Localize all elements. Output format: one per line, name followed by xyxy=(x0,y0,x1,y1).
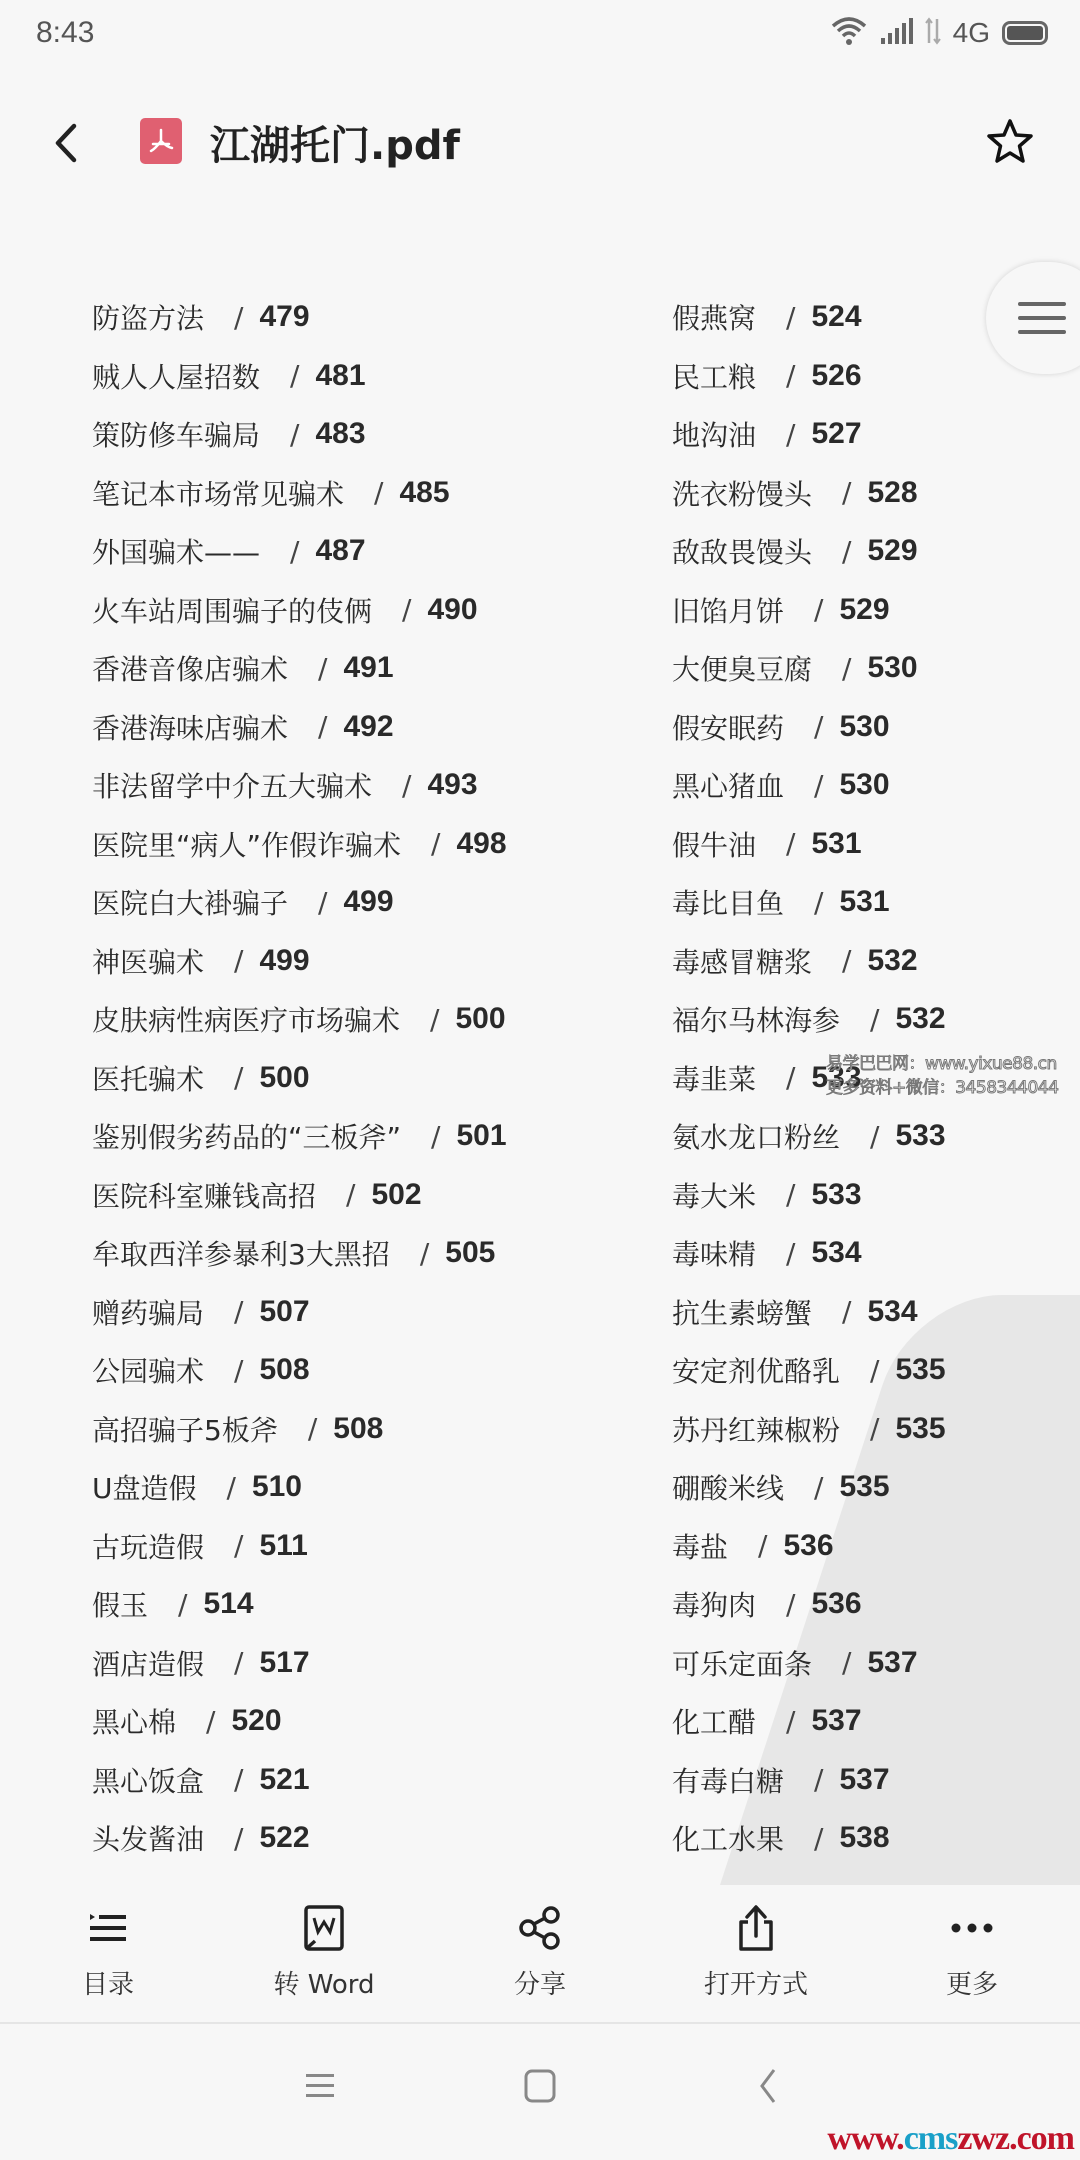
toolbar-label: 目录 xyxy=(82,1964,134,2001)
toc-separator: / xyxy=(234,1822,243,1855)
toc-title: U盘造假 xyxy=(92,1467,197,1507)
toc-page: 537 xyxy=(867,1646,917,1680)
toc-title: 假玉 xyxy=(92,1584,148,1624)
toc-title: 毒狗肉 xyxy=(672,1584,756,1624)
toc-item[interactable]: 医院科室赚钱高招/502 xyxy=(92,1166,507,1225)
signal-icon xyxy=(879,18,913,48)
toc-separator: / xyxy=(402,769,411,802)
toolbar-label: 转 Word xyxy=(273,1964,374,2001)
toc-title: 笔记本市场常见骗术 xyxy=(92,473,344,513)
toc-page: 538 xyxy=(839,1821,889,1855)
floating-outline-button[interactable] xyxy=(986,262,1080,374)
toc-page: 529 xyxy=(867,534,917,568)
toc-separator: / xyxy=(430,1003,439,1036)
toc-separator: / xyxy=(402,593,411,626)
toc-page: 499 xyxy=(343,885,393,919)
toc-item[interactable]: 鉴别假劣药品的“三板斧”/501 xyxy=(92,1107,507,1166)
toc-page: 535 xyxy=(895,1353,945,1387)
toc-page: 533 xyxy=(895,1119,945,1153)
toc-item[interactable]: 火车站周围骗子的伎俩/490 xyxy=(92,581,507,640)
toc-item[interactable]: 有毒白糖/537 xyxy=(672,1751,946,1810)
toc-separator: / xyxy=(308,1412,317,1445)
toc-title: 非法留学中介五大骗术 xyxy=(92,765,372,805)
toc-title: 医院白大褂骗子 xyxy=(92,882,288,922)
toc-title: 有毒白糖 xyxy=(672,1760,784,1800)
toc-title: 贼人人屋招数 xyxy=(92,356,260,396)
toc-separator: / xyxy=(234,1295,243,1328)
outline-list-icon xyxy=(88,1900,128,1956)
toc-item[interactable]: 毒盐/536 xyxy=(672,1517,946,1576)
toc-separator: / xyxy=(206,1705,215,1738)
status-time: 8:43 xyxy=(36,16,94,50)
toc-title: 医院科室赚钱高招 xyxy=(92,1175,316,1215)
toc-title: 火车站周围骗子的伎俩 xyxy=(92,590,372,630)
toc-title: 医院里“病人”作假诈骗术 xyxy=(92,824,401,864)
app-header: 江湖托门.pdf xyxy=(0,100,1080,184)
toc-separator: / xyxy=(786,301,795,334)
toc-page: 534 xyxy=(867,1295,917,1329)
toc-title: 洗衣粉馒头 xyxy=(672,473,812,513)
toc-item[interactable]: 地沟油/527 xyxy=(672,405,946,464)
toolbar-outline-button[interactable]: 目录 xyxy=(0,1900,216,2022)
menu-lines-icon xyxy=(1018,298,1066,338)
toolbar-label: 打开方式 xyxy=(704,1964,808,2001)
toc-separator: / xyxy=(870,1003,879,1036)
toc-separator: / xyxy=(234,1763,243,1796)
toc-separator: / xyxy=(842,535,851,568)
toc-page: 530 xyxy=(839,768,889,802)
toc-page: 536 xyxy=(811,1587,861,1621)
network-type: 4G xyxy=(953,17,990,49)
toc-item[interactable]: 假安眠药/530 xyxy=(672,698,946,757)
toc-page: 534 xyxy=(811,1236,861,1270)
toc-title: 公园骗术 xyxy=(92,1350,204,1390)
toc-title: 民工粮 xyxy=(672,356,756,396)
toc-title: 地沟油 xyxy=(672,414,756,454)
toc-title: 神医骗术 xyxy=(92,941,204,981)
pdf-viewer-screen: 8:43 4G 江湖托门.pdf xyxy=(0,0,1080,2160)
document-title: 江湖托门.pdf xyxy=(210,114,460,171)
toc-separator: / xyxy=(318,886,327,919)
toc-title: 皮肤病性病医疗市场骗术 xyxy=(92,999,400,1039)
toc-title: 氨水龙口粉丝 xyxy=(672,1116,840,1156)
toc-page: 483 xyxy=(315,417,365,451)
toc-separator: / xyxy=(318,652,327,685)
toc-page: 491 xyxy=(343,651,393,685)
star-outline-icon xyxy=(984,116,1036,168)
toc-separator: / xyxy=(318,710,327,743)
toc-item[interactable]: 毒大米/533 xyxy=(672,1166,946,1225)
toc-item[interactable]: 医院里“病人”作假诈骗术/498 xyxy=(92,815,507,874)
toc-separator: / xyxy=(786,418,795,451)
toc-item[interactable]: 安定剂优酪乳/535 xyxy=(672,1341,946,1400)
toc-page: 526 xyxy=(811,359,861,393)
toc-title: 牟取西洋参暴利3大黑招 xyxy=(92,1233,390,1273)
toc-separator: / xyxy=(178,1588,187,1621)
toc-item[interactable]: 香港音像店骗术/491 xyxy=(92,639,507,698)
toc-separator: / xyxy=(870,1120,879,1153)
toc-item[interactable]: 黑心猪血/530 xyxy=(672,756,946,815)
toc-item[interactable]: 可乐定面条/537 xyxy=(672,1634,946,1693)
convert-word-icon xyxy=(303,1900,345,1956)
toc-page: 507 xyxy=(259,1295,309,1329)
toc-title: 假安眠药 xyxy=(672,707,784,747)
toc-title: 鉴别假劣药品的“三板斧” xyxy=(92,1116,401,1156)
toc-separator: / xyxy=(786,1237,795,1270)
toc-title: 黑心猪血 xyxy=(672,765,784,805)
toc-page: 532 xyxy=(867,944,917,978)
toc-item[interactable]: 民工粮/526 xyxy=(672,347,946,406)
toc-separator: / xyxy=(842,1646,851,1679)
toolbar-label: 分享 xyxy=(514,1964,566,2001)
toc-title: 敌敌畏馒头 xyxy=(672,531,812,571)
toc-separator: / xyxy=(786,1061,795,1094)
toc-page: 510 xyxy=(252,1470,302,1504)
toc-title: 医托骗术 xyxy=(92,1058,204,1098)
toc-separator: / xyxy=(346,1178,355,1211)
toc-separator: / xyxy=(814,886,823,919)
site-watermark-part3: zwz.com xyxy=(957,2120,1074,2157)
toc-page: 533 xyxy=(811,1178,861,1212)
nav-back-button[interactable] xyxy=(738,2056,798,2116)
toc-separator: / xyxy=(234,1354,243,1387)
toc-separator: / xyxy=(234,1529,243,1562)
toc-title: 香港音像店骗术 xyxy=(92,648,288,688)
favorite-button[interactable] xyxy=(984,116,1036,168)
toolbar-label: 更多 xyxy=(946,1964,998,2001)
toc-separator: / xyxy=(870,1412,879,1445)
toc-item[interactable]: 大便臭豆腐/530 xyxy=(672,639,946,698)
toc-item[interactable]: 赠药骗局/507 xyxy=(92,1283,507,1342)
toc-item[interactable]: 医托骗术/500 xyxy=(92,1049,507,1108)
toc-item[interactable]: 毒味精/534 xyxy=(672,1224,946,1283)
toc-page: 531 xyxy=(811,827,861,861)
toc-separator: / xyxy=(786,1178,795,1211)
toc-page: 502 xyxy=(371,1178,421,1212)
status-bar: 8:43 4G xyxy=(0,0,1080,66)
toc-separator: / xyxy=(374,476,383,509)
site-watermark-part1: www. xyxy=(827,2120,903,2157)
toc-separator: / xyxy=(786,827,795,860)
toc-item[interactable]: 黑心棉/520 xyxy=(92,1692,507,1751)
toolbar-share-button[interactable]: 分享 xyxy=(432,1900,648,2022)
status-icons: 4G xyxy=(831,16,1048,50)
toc-item[interactable]: 毒比目鱼/531 xyxy=(672,873,946,932)
toolbar-convert-word-button[interactable]: 转 Word xyxy=(216,1900,432,2022)
toc-item[interactable]: 笔记本市场常见骗术/485 xyxy=(92,464,507,523)
toc-title: 外国骗术—— xyxy=(92,531,260,571)
toc-page: 535 xyxy=(839,1470,889,1504)
toc-page: 501 xyxy=(456,1119,506,1153)
toc-item[interactable]: 黑心饭盒/521 xyxy=(92,1751,507,1810)
toc-separator: / xyxy=(234,944,243,977)
home-icon xyxy=(523,2068,557,2104)
toc-item[interactable]: 神医骗术/499 xyxy=(92,932,507,991)
toolbar-open-with-button[interactable]: 打开方式 xyxy=(648,1900,864,2022)
toc-page: 499 xyxy=(259,944,309,978)
toc-page: 492 xyxy=(343,710,393,744)
toc-page: 524 xyxy=(811,300,861,334)
toc-title: 黑心饭盒 xyxy=(92,1760,204,1800)
toc-page: 481 xyxy=(315,359,365,393)
data-arrows-icon xyxy=(925,17,941,49)
system-navigation-bar: www.cmszwz.com xyxy=(0,2026,1080,2160)
toc-item[interactable]: 贼人人屋招数/481 xyxy=(92,347,507,406)
toc-item[interactable]: 外国骗术——/487 xyxy=(92,522,507,581)
nav-menu-button[interactable] xyxy=(290,2056,350,2116)
toc-item[interactable]: 假玉/514 xyxy=(92,1575,507,1634)
toc-title: 毒大米 xyxy=(672,1175,756,1215)
watermark-line-2: 更多资料+微信：3458344044 xyxy=(826,1076,1058,1100)
toc-page: 493 xyxy=(427,768,477,802)
toc-separator: / xyxy=(786,359,795,392)
toc-page: 536 xyxy=(783,1529,833,1563)
toc-title: 毒味精 xyxy=(672,1233,756,1273)
toc-item[interactable]: 医院白大褂骗子/499 xyxy=(92,873,507,932)
site-watermark-part2: cms xyxy=(904,2120,958,2157)
toc-title: 毒比目鱼 xyxy=(672,882,784,922)
toc-page: 485 xyxy=(399,476,449,510)
toc-item[interactable]: 洗衣粉馒头/528 xyxy=(672,464,946,523)
toc-separator: / xyxy=(870,1354,879,1387)
toc-separator: / xyxy=(842,944,851,977)
toc-page: 521 xyxy=(259,1763,309,1797)
toc-separator: / xyxy=(758,1529,767,1562)
toc-item[interactable]: 旧馅月饼/529 xyxy=(672,581,946,640)
toc-item[interactable]: 化工醋/537 xyxy=(672,1692,946,1751)
nav-home-button[interactable] xyxy=(510,2056,570,2116)
toc-separator: / xyxy=(842,476,851,509)
toc-item[interactable]: 硼酸米线/535 xyxy=(672,1458,946,1517)
toc-page: 514 xyxy=(203,1587,253,1621)
share-icon xyxy=(518,1900,562,1956)
toc-item[interactable]: 化工水果/538 xyxy=(672,1809,946,1868)
toc-title: 化工醋 xyxy=(672,1701,756,1741)
toc-separator: / xyxy=(431,827,440,860)
toc-page: 508 xyxy=(333,1412,383,1446)
toc-item[interactable]: 苏丹红辣椒粉/535 xyxy=(672,1400,946,1459)
toc-separator: / xyxy=(234,301,243,334)
more-dots-icon xyxy=(950,1900,994,1956)
toc-item[interactable]: 福尔马林海参/532 xyxy=(672,990,946,1049)
toc-page: 500 xyxy=(455,1002,505,1036)
toolbar-more-button[interactable]: 更多 xyxy=(864,1900,1080,2022)
back-icon xyxy=(756,2066,780,2106)
toc-title: 酒店造假 xyxy=(92,1643,204,1683)
toc-title: 毒韭菜 xyxy=(672,1058,756,1098)
toc-separator: / xyxy=(234,1646,243,1679)
toc-page: 522 xyxy=(259,1821,309,1855)
back-button[interactable] xyxy=(46,118,86,168)
toc-page: 531 xyxy=(839,885,889,919)
toc-page: 532 xyxy=(895,1002,945,1036)
bottom-toolbar: 目录 转 Word 分享 打开方式 更多 xyxy=(0,1900,1080,2024)
toc-item[interactable]: 古玩造假/511 xyxy=(92,1517,507,1576)
toc-title: 黑心棉 xyxy=(92,1701,176,1741)
toc-item[interactable]: 香港海味店骗术/492 xyxy=(92,698,507,757)
toc-title: 可乐定面条 xyxy=(672,1643,812,1683)
toc-separator: / xyxy=(420,1237,429,1270)
toc-title: 高招骗子5板斧 xyxy=(92,1409,278,1449)
toc-item[interactable]: 毒感冒糖浆/532 xyxy=(672,932,946,991)
toc-separator: / xyxy=(786,1588,795,1621)
toc-page: 530 xyxy=(839,710,889,744)
toc-page: 530 xyxy=(867,651,917,685)
toc-item[interactable]: 策防修车骗局/483 xyxy=(92,405,507,464)
toc-page: 479 xyxy=(259,300,309,334)
toc-item[interactable]: 牟取西洋参暴利3大黑招/505 xyxy=(92,1224,507,1283)
toc-title: 头发酱油 xyxy=(92,1818,204,1858)
toc-title: 毒盐 xyxy=(672,1526,728,1566)
overlay-watermark: 易学巴巴网：www.yixue88.cn 更多资料+微信：3458344044 xyxy=(826,1052,1058,1100)
toc-item[interactable]: 假燕窝/524 xyxy=(672,288,946,347)
toc-title: 假牛油 xyxy=(672,824,756,864)
toc-separator: / xyxy=(814,710,823,743)
chevron-left-icon xyxy=(46,118,86,168)
toc-title: 福尔马林海参 xyxy=(672,999,840,1039)
toc-title: 大便臭豆腐 xyxy=(672,648,812,688)
toc-title: 安定剂优酪乳 xyxy=(672,1350,840,1390)
toc-separator: / xyxy=(842,1295,851,1328)
toc-page: 511 xyxy=(259,1529,307,1563)
toc-title: 苏丹红辣椒粉 xyxy=(672,1409,840,1449)
toc-separator: / xyxy=(786,1705,795,1738)
toc-title: 硼酸米线 xyxy=(672,1467,784,1507)
toc-separator: / xyxy=(814,1763,823,1796)
toc-separator: / xyxy=(227,1471,236,1504)
toc-title: 防盗方法 xyxy=(92,297,204,337)
toc-column-left: 防盗方法/479 贼人人屋招数/481 策防修车骗局/483 笔记本市场常见骗术… xyxy=(92,288,507,1868)
open-with-icon xyxy=(736,1900,776,1956)
toc-title: 假燕窝 xyxy=(672,297,756,337)
toc-page: 498 xyxy=(456,827,506,861)
toc-page: 537 xyxy=(811,1704,861,1738)
toc-page: 529 xyxy=(839,593,889,627)
toc-page: 517 xyxy=(259,1646,309,1680)
toc-item[interactable]: 假牛油/531 xyxy=(672,815,946,874)
menu-icon xyxy=(304,2070,336,2102)
toc-item[interactable]: U盘造假/510 xyxy=(92,1458,507,1517)
toc-separator: / xyxy=(814,769,823,802)
toc-page: 537 xyxy=(839,1763,889,1797)
battery-icon xyxy=(1002,21,1048,45)
toc-title: 策防修车骗局 xyxy=(92,414,260,454)
toc-item[interactable]: 酒店造假/517 xyxy=(92,1634,507,1693)
toc-item[interactable]: 公园骗术/508 xyxy=(92,1341,507,1400)
toc-title: 毒感冒糖浆 xyxy=(672,941,812,981)
toc-item[interactable]: 皮肤病性病医疗市场骗术/500 xyxy=(92,990,507,1049)
toc-page: 528 xyxy=(867,476,917,510)
toc-separator: / xyxy=(431,1120,440,1153)
toc-separator: / xyxy=(290,535,299,568)
toc-title: 赠药骗局 xyxy=(92,1292,204,1332)
toc-page: 490 xyxy=(427,593,477,627)
toc-item[interactable]: 高招骗子5板斧/508 xyxy=(92,1400,507,1459)
toc-item[interactable]: 抗生素螃蟹/534 xyxy=(672,1283,946,1342)
toc-separator: / xyxy=(290,418,299,451)
toc-page: 505 xyxy=(445,1236,495,1270)
toc-separator: / xyxy=(814,1471,823,1504)
toc-separator: / xyxy=(814,593,823,626)
toc-item[interactable]: 防盗方法/479 xyxy=(92,288,507,347)
toc-separator: / xyxy=(842,652,851,685)
toc-item[interactable]: 毒狗肉/536 xyxy=(672,1575,946,1634)
toc-separator: / xyxy=(814,1822,823,1855)
toc-title: 古玩造假 xyxy=(92,1526,204,1566)
toc-item[interactable]: 头发酱油/522 xyxy=(92,1809,507,1868)
toc-item[interactable]: 非法留学中介五大骗术/493 xyxy=(92,756,507,815)
toc-title: 抗生素螃蟹 xyxy=(672,1292,812,1332)
toc-page: 535 xyxy=(895,1412,945,1446)
pdf-icon xyxy=(140,118,182,164)
toc-page: 520 xyxy=(231,1704,281,1738)
toc-separator: / xyxy=(234,1061,243,1094)
toc-page: 508 xyxy=(259,1353,309,1387)
toc-separator: / xyxy=(290,359,299,392)
toc-page: 487 xyxy=(315,534,365,568)
toc-page: 527 xyxy=(811,417,861,451)
watermark-line-1: 易学巴巴网：www.yixue88.cn xyxy=(826,1052,1058,1076)
toc-title: 旧馅月饼 xyxy=(672,590,784,630)
toc-title: 香港海味店骗术 xyxy=(92,707,288,747)
toc-item[interactable]: 敌敌畏馒头/529 xyxy=(672,522,946,581)
toc-item[interactable]: 氨水龙口粉丝/533 xyxy=(672,1107,946,1166)
toc-page: 500 xyxy=(259,1061,309,1095)
site-watermark: www.cmszwz.com xyxy=(827,2120,1074,2158)
toc-title: 化工水果 xyxy=(672,1818,784,1858)
wifi-icon xyxy=(831,16,867,50)
